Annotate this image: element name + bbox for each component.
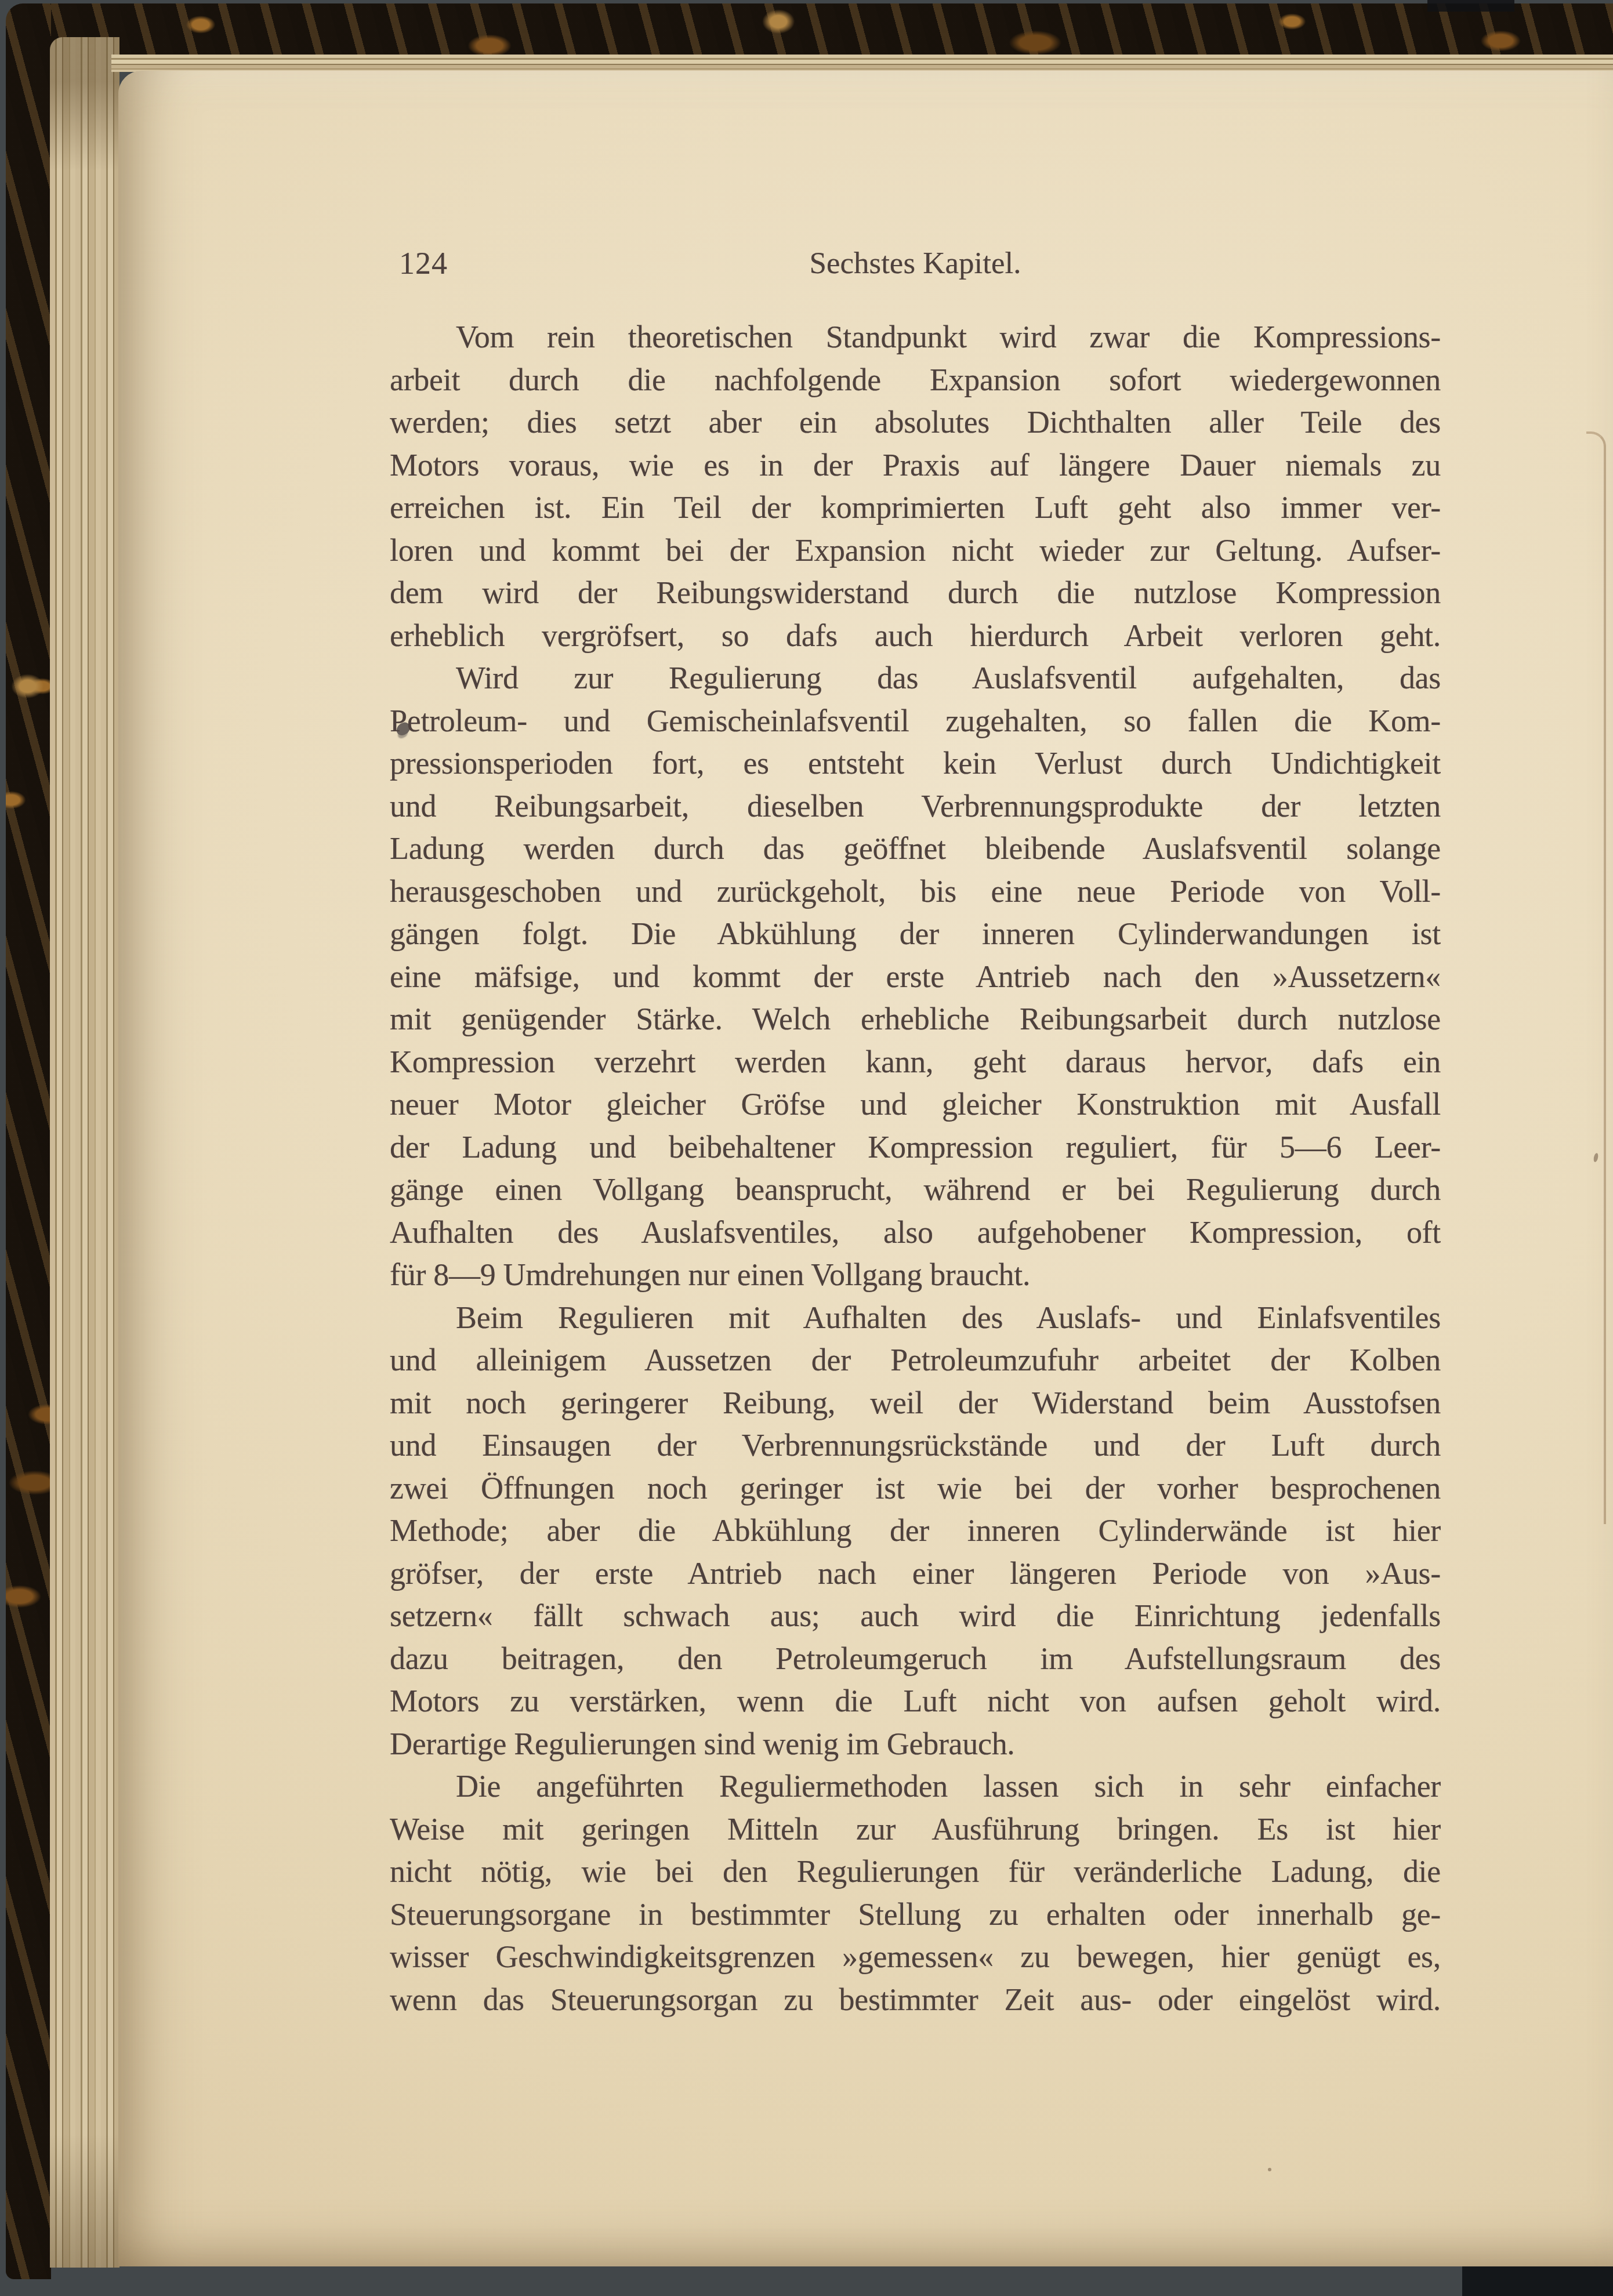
body-line: werden; dies setzt aber ein absolutes Di…: [390, 401, 1441, 444]
body-line: Petroleum- und Gemischeinlafsventil zuge…: [390, 700, 1441, 743]
body-line: und alleinigem Aussetzen der Petroleumzu…: [390, 1339, 1441, 1382]
body-line: mit genügender Stärke. Welch erhebliche …: [390, 998, 1441, 1041]
body-line: erheblich vergröfsert, so dafs auch hier…: [390, 615, 1441, 658]
body-line: für 8—9 Umdrehungen nur einen Vollgang b…: [390, 1254, 1441, 1297]
body-line: setzern« fällt schwach aus; auch wird di…: [390, 1595, 1441, 1638]
page-text: 124 Sechstes Kapitel. Vom rein theoretis…: [0, 0, 1613, 2296]
body-line: gänge einen Vollgang beansprucht, währen…: [390, 1169, 1441, 1212]
body-text-column: Vom rein theoretischen Standpunkt wird z…: [390, 316, 1441, 2021]
body-line: Wird zur Regulierung das Auslafsventil a…: [390, 657, 1441, 700]
body-line: gängen folgt. Die Abkühlung der inneren …: [390, 913, 1441, 956]
body-line: neuer Motor gleicher Gröfse und gleicher…: [390, 1083, 1441, 1126]
body-line: wenn das Steuerungsorgan zu bestimmter Z…: [390, 1979, 1441, 2022]
body-line: Methode; aber die Abkühlung der inneren …: [390, 1510, 1441, 1553]
body-line: Aufhalten des Auslafsventiles, also aufg…: [390, 1212, 1441, 1254]
body-line: pressionsperioden fort, es entsteht kein…: [390, 742, 1441, 785]
body-line: dem wird der Reibungswiderstand durch di…: [390, 572, 1441, 615]
body-line: herausgeschoben und zurückgeholt, bis ei…: [390, 870, 1441, 913]
body-line: Steuerungsorgane in bestimmter Stellung …: [390, 1894, 1441, 1936]
body-line: zwei Öffnungen noch geringer ist wie bei…: [390, 1467, 1441, 1510]
body-line: mit noch geringerer Reibung, weil der Wi…: [390, 1382, 1441, 1425]
body-line: Motors zu verstärken, wenn die Luft nich…: [390, 1680, 1441, 1723]
body-line: erreichen ist. Ein Teil der komprimierte…: [390, 487, 1441, 529]
body-line: wisser Geschwindigkeitsgrenzen »gemessen…: [390, 1936, 1441, 1979]
body-line: gröfser, der erste Antrieb nach einer lä…: [390, 1553, 1441, 1595]
body-line: arbeit durch die nachfolgende Expansion …: [390, 359, 1441, 402]
running-header-chapter-title: Sechstes Kapitel.: [390, 246, 1441, 281]
body-line: loren und kommt bei der Expansion nicht …: [390, 529, 1441, 572]
body-line: Ladung werden durch das geöffnet bleiben…: [390, 828, 1441, 870]
body-line: Derartige Regulierungen sind wenig im Ge…: [390, 1723, 1441, 1766]
scanned-book-photo: 124 Sechstes Kapitel. Vom rein theoretis…: [0, 0, 1613, 2296]
body-line: eine mäfsige, und kommt der erste Antrie…: [390, 956, 1441, 999]
body-line: Motors voraus, wie es in der Praxis auf …: [390, 444, 1441, 487]
body-line: der Ladung und beibehaltener Kompression…: [390, 1126, 1441, 1169]
body-line: Beim Regulieren mit Aufhalten des Auslaf…: [390, 1297, 1441, 1340]
body-line: Weise mit geringen Mitteln zur Ausführun…: [390, 1808, 1441, 1851]
body-line: und Reibungsarbeit, dieselben Verbrennun…: [390, 785, 1441, 828]
body-line: Die angeführten Reguliermethoden lassen …: [390, 1765, 1441, 1808]
body-line: dazu beitragen, den Petroleumgeruch im A…: [390, 1638, 1441, 1681]
body-line: Vom rein theoretischen Standpunkt wird z…: [390, 316, 1441, 359]
body-line: und Einsaugen der Verbrennungsrückstände…: [390, 1424, 1441, 1467]
body-line: nicht nötig, wie bei den Regulierungen f…: [390, 1851, 1441, 1894]
body-line: Kompression verzehrt werden kann, geht d…: [390, 1041, 1441, 1084]
